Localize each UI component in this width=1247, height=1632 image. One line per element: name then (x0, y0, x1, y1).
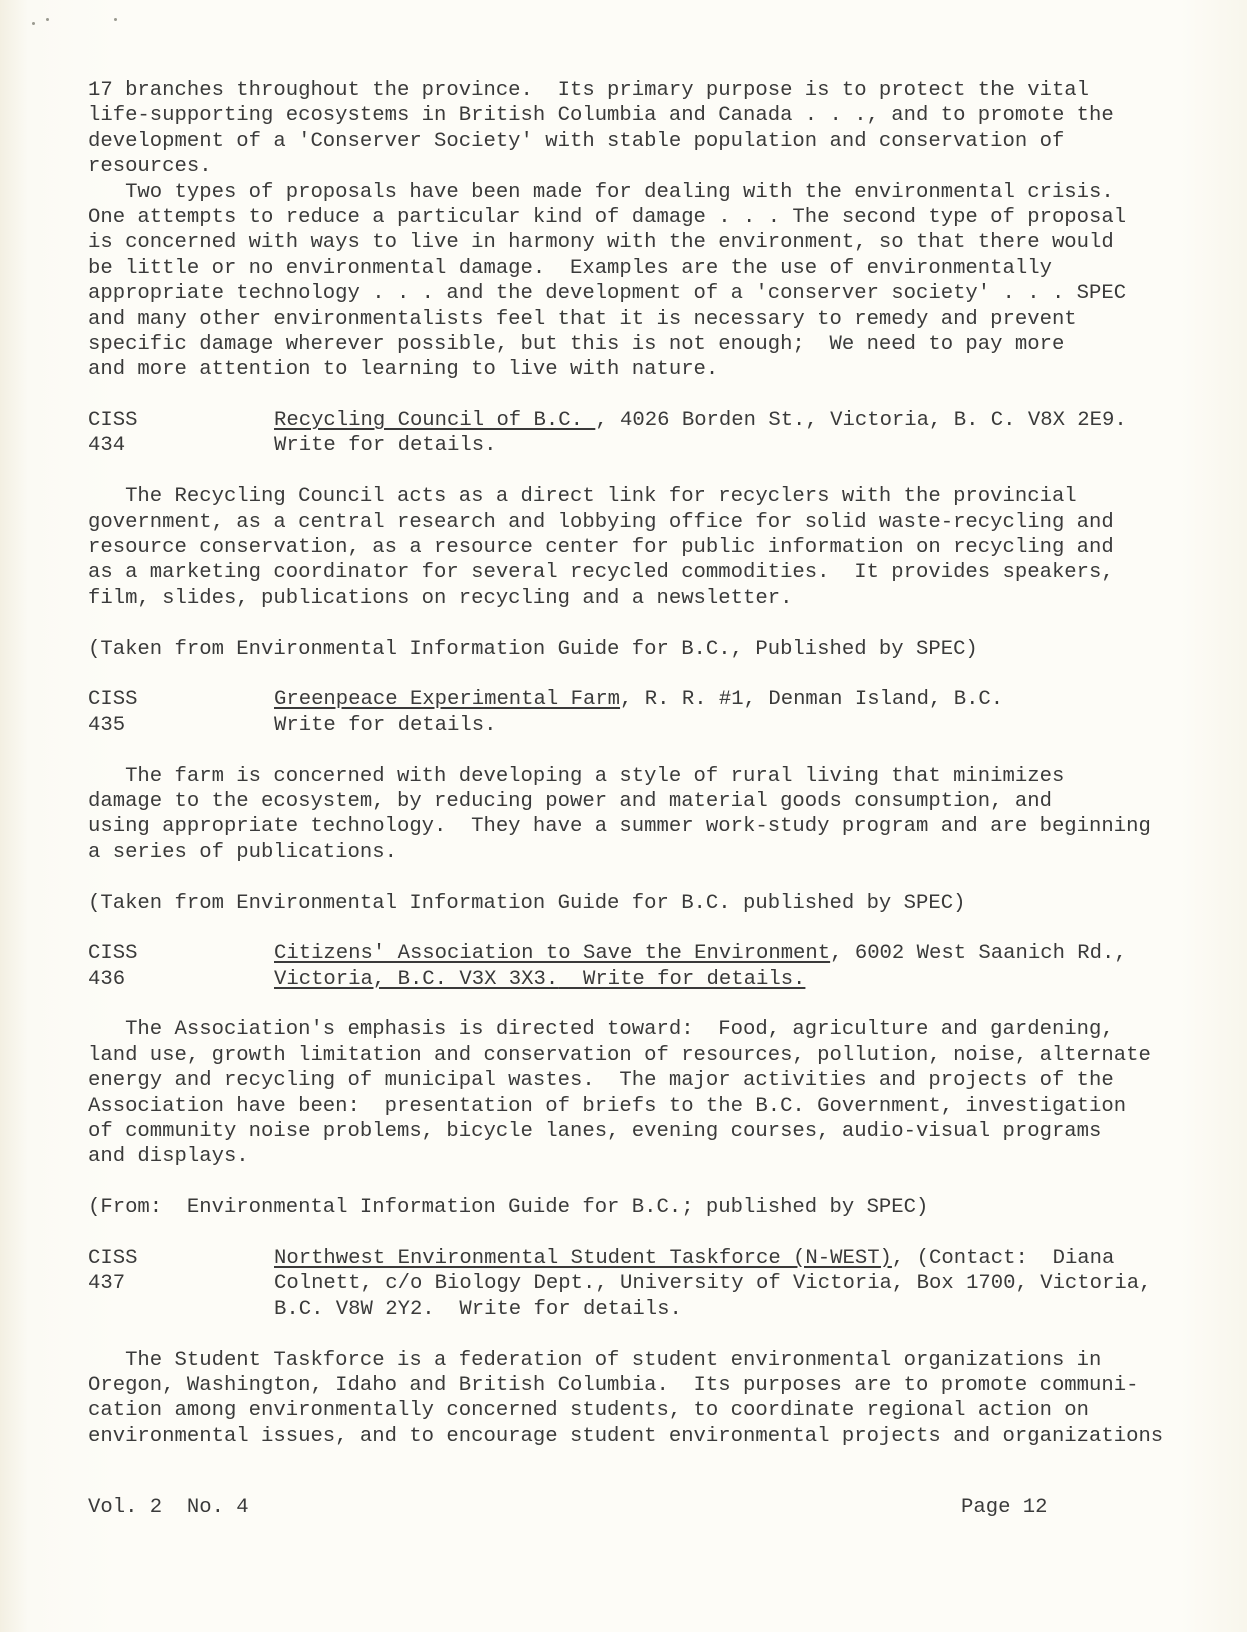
organization-address: , 4026 Borden St., Victoria, B. C. V8X 2… (595, 409, 1126, 432)
entry-ciss-436: CISS 436 Citizens' Association to Save t… (88, 941, 1168, 992)
text-line: development of a 'Conserver Society' wit… (88, 129, 1168, 154)
text-line: appropriate technology . . . and the dev… (88, 281, 1168, 306)
entry-description: The farm is concerned with developing a … (88, 764, 1168, 866)
entry-ciss-434: CISS 434 Recycling Council of B.C. , 402… (88, 408, 1168, 459)
source-citation: (Taken from Environmental Information Gu… (88, 637, 1168, 662)
organization-address: , (Contact: Diana (892, 1247, 1114, 1270)
text-line: specific damage wherever possible, but t… (88, 332, 1168, 357)
text-line: and many other environmentalists feel th… (88, 307, 1168, 332)
entry-code: CISS 435 (88, 687, 274, 738)
entry-ciss-437: CISS 437 Northwest Environmental Student… (88, 1246, 1168, 1322)
organization-name: Northwest Environmental Student Taskforc… (274, 1247, 892, 1270)
entry-ciss-435: CISS 435 Greenpeace Experimental Farm, R… (88, 687, 1168, 738)
document-body: 17 branches throughout the province. Its… (88, 78, 1168, 1449)
address-line: Write for details. (274, 713, 1168, 738)
source-citation: (From: Environmental Information Guide f… (88, 1195, 1168, 1220)
organization-name: Greenpeace Experimental Farm (274, 688, 620, 711)
address-line: Write for details. (274, 433, 1168, 458)
text-line: One attempts to reduce a particular kind… (88, 205, 1168, 230)
text-line: Two types of proposals have been made fo… (88, 180, 1168, 205)
organization-name: Citizens' Association to Save the Enviro… (274, 942, 830, 965)
organization-address: , 6002 West Saanich Rd., (830, 942, 1127, 965)
source-citation: (Taken from Environmental Information Gu… (88, 891, 1168, 916)
organization-address-underlined: Victoria, B.C. V3X 3X3. (274, 968, 558, 991)
scan-specks (30, 14, 130, 34)
entry-description: The Student Taskforce is a federation of… (88, 1348, 1168, 1450)
organization-name: Recycling Council of B.C. (274, 409, 595, 432)
entry-code: CISS 437 (88, 1246, 274, 1322)
address-line: Write for details. (558, 968, 805, 991)
entry-code: CISS 434 (88, 408, 274, 459)
intro-paragraph: 17 branches throughout the province. Its… (88, 78, 1168, 180)
entry-description: The Recycling Council acts as a direct l… (88, 484, 1168, 611)
address-line: B.C. V8W 2Y2. Write for details. (274, 1297, 1168, 1322)
entry-description: The Association's emphasis is directed t… (88, 1017, 1168, 1169)
text-line: 17 branches throughout the province. Its… (88, 78, 1168, 103)
organization-address: , R. R. #1, Denman Island, B.C. (620, 688, 1003, 711)
volume-number: Vol. 2 No. 4 (88, 1495, 249, 1520)
text-line: be little or no environmental damage. Ex… (88, 256, 1168, 281)
scanned-page: 17 branches throughout the province. Its… (0, 0, 1247, 1632)
proposals-paragraph: Two types of proposals have been made fo… (88, 180, 1168, 383)
text-line: is concerned with ways to live in harmon… (88, 230, 1168, 255)
address-line: Colnett, c/o Biology Dept., University o… (274, 1271, 1168, 1296)
text-line: resources. (88, 154, 1168, 179)
entry-code: CISS 436 (88, 941, 274, 992)
text-line: and more attention to learning to live w… (88, 357, 1168, 382)
page-number: Page 12 (961, 1495, 1048, 1520)
text-line: life-supporting ecosystems in British Co… (88, 103, 1168, 128)
